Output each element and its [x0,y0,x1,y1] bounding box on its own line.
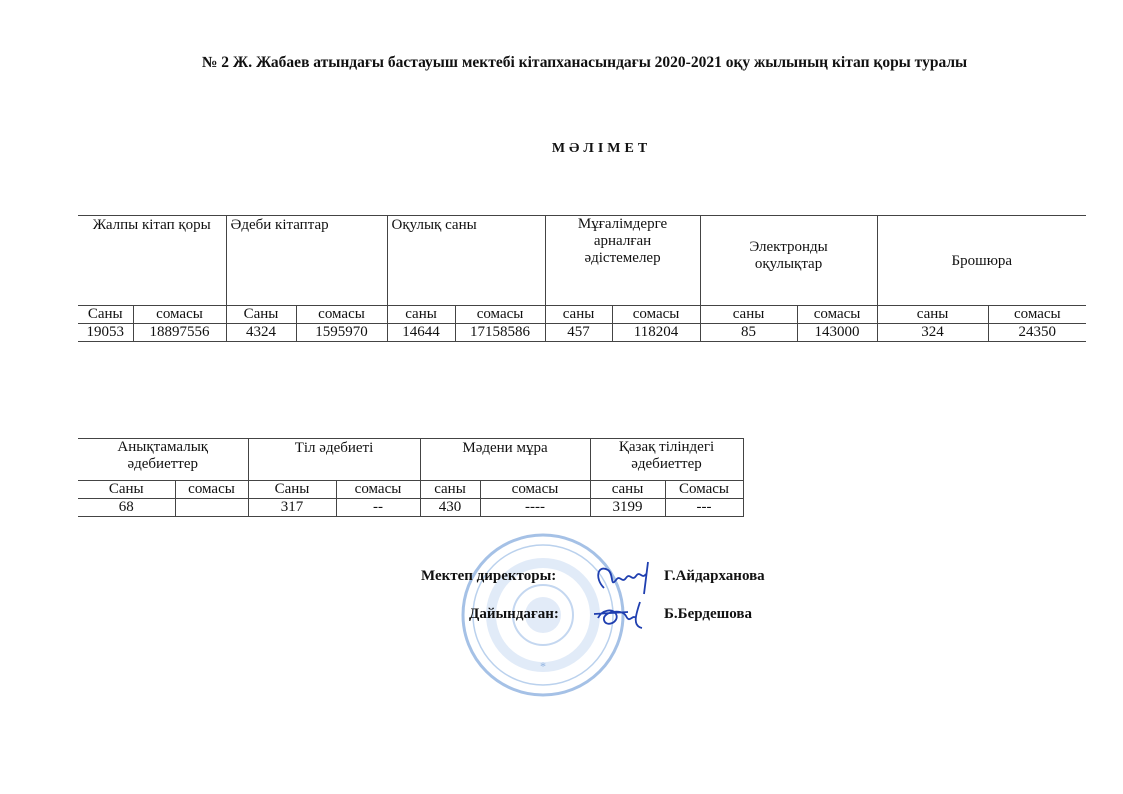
group-header-fiction: Әдеби кітаптар [226,216,387,306]
document-subtitle: МӘЛІМЕТ [0,141,1123,157]
column-header: Саны [248,481,336,499]
literature-table: Анықтамалық әдебиеттер Тіл әдебиеті Мәде… [78,438,744,517]
column-header: сомасы [296,306,387,324]
column-header: сомасы [612,306,700,324]
column-header: саны [877,306,988,324]
director-signature-icon [592,558,654,598]
table-cell: 24350 [988,324,1086,342]
group-header-total-fund: Жалпы кітап қоры [78,216,226,306]
group-header-reference: Анықтамалық әдебиеттер [78,439,248,481]
svg-text:*: * [540,659,546,673]
column-header: саны [420,481,480,499]
column-header: сомасы [336,481,420,499]
table-cell: 4324 [226,324,296,342]
column-header: сомасы [988,306,1086,324]
group-header-kazakh-lit: Қазақ тіліндегі әдебиеттер [590,439,743,481]
table-cell: 17158586 [455,324,545,342]
table-cell: 324 [877,324,988,342]
column-header: саны [545,306,612,324]
table-cell: -- [336,499,420,517]
column-header: Саны [78,481,175,499]
table-cell: 18897556 [133,324,226,342]
table-cell: 430 [420,499,480,517]
table-cell: 68 [78,499,175,517]
group-header-brochures: Брошюра [877,216,1086,306]
table-cell: 14644 [387,324,455,342]
group-header-e-textbooks: Электронды оқулықтар [700,216,877,306]
table-cell: 85 [700,324,797,342]
table-cell: 19053 [78,324,133,342]
director-label: Мектеп директоры: [421,568,556,585]
table-cell: 3199 [590,499,665,517]
table-cell: ---- [480,499,590,517]
table-cell: 457 [545,324,612,342]
group-header-textbooks: Оқулық саны [387,216,545,306]
column-header: Саны [78,306,133,324]
column-header: Сомасы [665,481,743,499]
table-cell: --- [665,499,743,517]
document-title: № 2 Ж. Жабаев атындағы бастауыш мектебі … [0,54,1123,72]
column-header: саны [387,306,455,324]
group-header-cultural-heritage: Мәдени мұра [420,439,590,481]
book-fund-table: Жалпы кітап қоры Әдеби кітаптар Оқулық с… [78,215,1086,342]
prepared-by-name: Б.Бердешова [664,606,752,623]
column-header: саны [590,481,665,499]
table-cell: 118204 [612,324,700,342]
group-header-language-lit: Тіл әдебиеті [248,439,420,481]
preparer-signature-icon [592,600,654,634]
table-cell: 1595970 [296,324,387,342]
column-header: саны [700,306,797,324]
group-header-teacher-methods: Мұғалімдерге арналған әдістемелер [545,216,700,306]
column-header: сомасы [455,306,545,324]
director-name: Г.Айдарханова [664,568,765,585]
column-header: сомасы [175,481,248,499]
column-header: Саны [226,306,296,324]
column-header: сомасы [797,306,877,324]
table-cell: 143000 [797,324,877,342]
column-header: сомасы [133,306,226,324]
prepared-by-label: Дайындаған: [469,606,559,623]
column-header: сомасы [480,481,590,499]
table-cell [175,499,248,517]
table-cell: 317 [248,499,336,517]
